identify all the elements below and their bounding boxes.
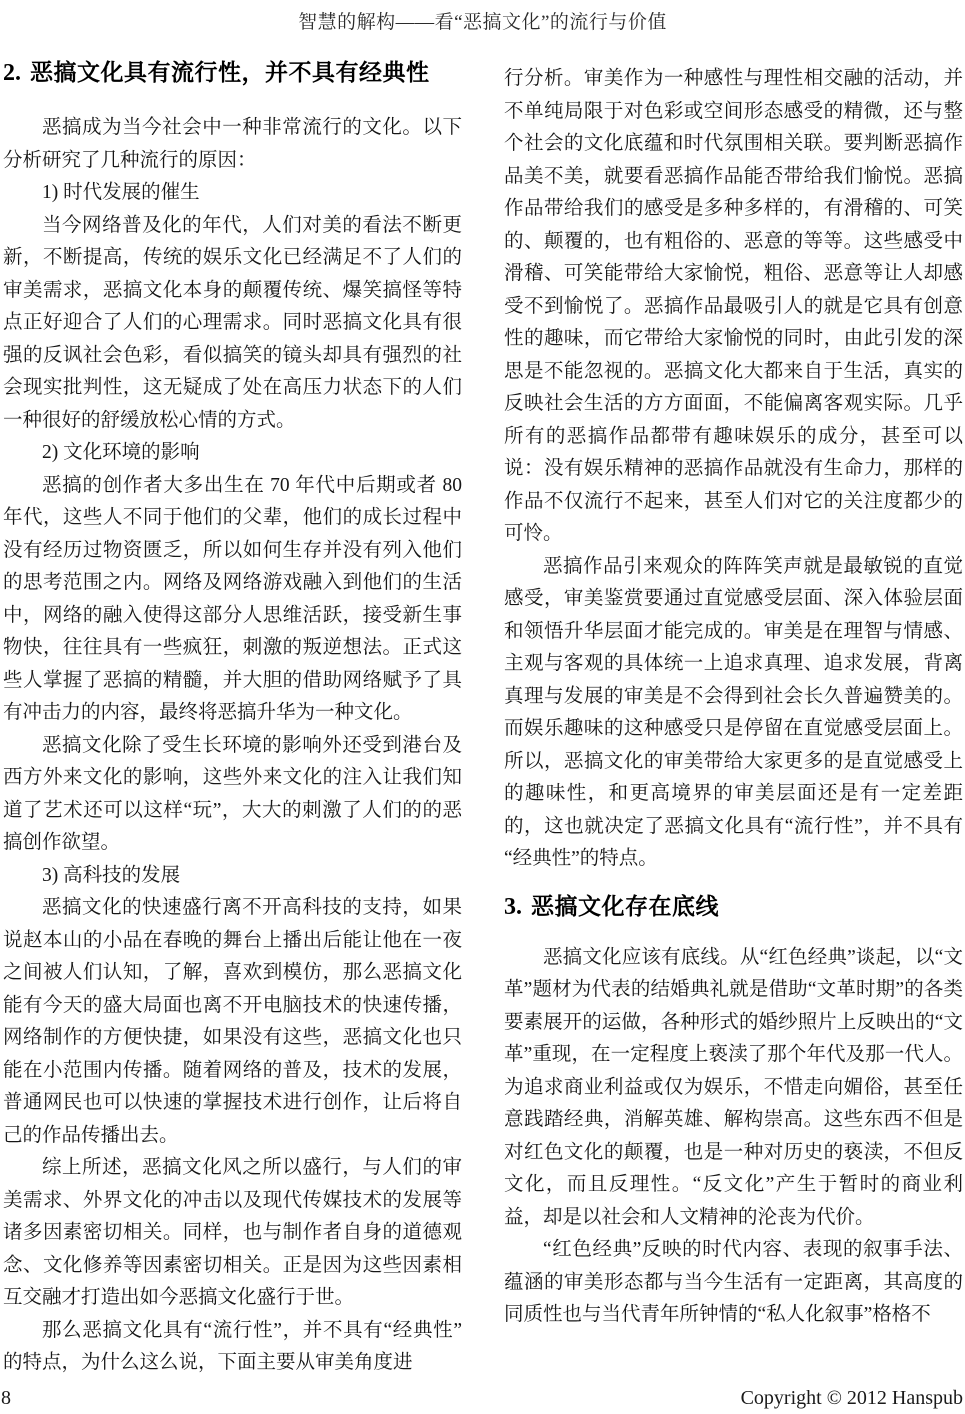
section-3-number: 3. xyxy=(504,894,522,920)
paragraph-continuation: 行分析。审美作为一种感性与理性相交融的活动，并不单纯局限于对色彩或空间形态感受的… xyxy=(504,63,963,551)
paragraph: 恶搞文化的快速盛行离不开高科技的支持，如果说赵本山的小品在春晚的舞台上播出后能让… xyxy=(3,892,462,1152)
paragraph: 恶搞的创作者大多出生在 70 年代中后期或者 80 年代，这些人不同于他们的父辈… xyxy=(3,470,462,730)
list-item-1: 1) 时代发展的催生 xyxy=(3,177,462,210)
paragraph: 恶搞成为当今社会中一种非常流行的文化。以下分析研究了几种流行的原因： xyxy=(3,112,462,177)
paragraph: 恶搞作品引来观众的阵阵笑声就是最敏锐的直觉感受，审美鉴赏要通过直觉感受层面、深入… xyxy=(504,551,963,876)
left-column: 2.恶搞文化具有流行性，并不具有经典性 恶搞成为当今社会中一种非常流行的文化。以… xyxy=(3,46,462,1380)
paragraph: 那么恶搞文化具有“流行性”，并不具有“经典性”的特点，为什么这么说，下面主要从审… xyxy=(3,1315,462,1380)
paragraph: 恶搞文化除了受生长环境的影响外还受到港台及西方外来文化的影响，这些外来文化的注入… xyxy=(3,730,462,860)
paragraph: 恶搞文化应该有底线。从“红色经典”谈起，以“文革”题材为代表的结婚典礼就是借助“… xyxy=(504,942,963,1235)
running-header-title: 智慧的解构——看“恶搞文化”的流行与价值 xyxy=(0,7,965,34)
section-3-heading: 3.恶搞文化存在底线 xyxy=(504,890,963,922)
copyright-notice: Copyright © 2012 Hanspub xyxy=(741,1387,963,1410)
section-2-heading: 2.恶搞文化具有流行性，并不具有经典性 xyxy=(3,56,462,88)
right-column: 行分析。审美作为一种感性与理性相交融的活动，并不单纯局限于对色彩或空间形态感受的… xyxy=(504,46,963,1332)
list-item-3: 3) 高科技的发展 xyxy=(3,860,462,893)
paragraph: 当今网络普及化的年代，人们对美的看法不断更新，不断提高，传统的娱乐文化已经满足不… xyxy=(3,210,462,438)
list-item-2: 2) 文化环境的影响 xyxy=(3,437,462,470)
section-3-title: 恶搞文化存在底线 xyxy=(531,893,719,919)
page-number: 8 xyxy=(1,1387,11,1410)
section-2-number: 2. xyxy=(3,60,21,86)
paragraph: “红色经典”反映的时代内容、表现的叙事手法、蕴涵的审美形态都与当今生活有一定距离… xyxy=(504,1234,963,1332)
section-2-title: 恶搞文化具有流行性，并不具有经典性 xyxy=(30,59,430,85)
paragraph: 综上所述，恶搞文化风之所以盛行，与人们的审美需求、外界文化的冲击以及现代传媒技术… xyxy=(3,1152,462,1315)
